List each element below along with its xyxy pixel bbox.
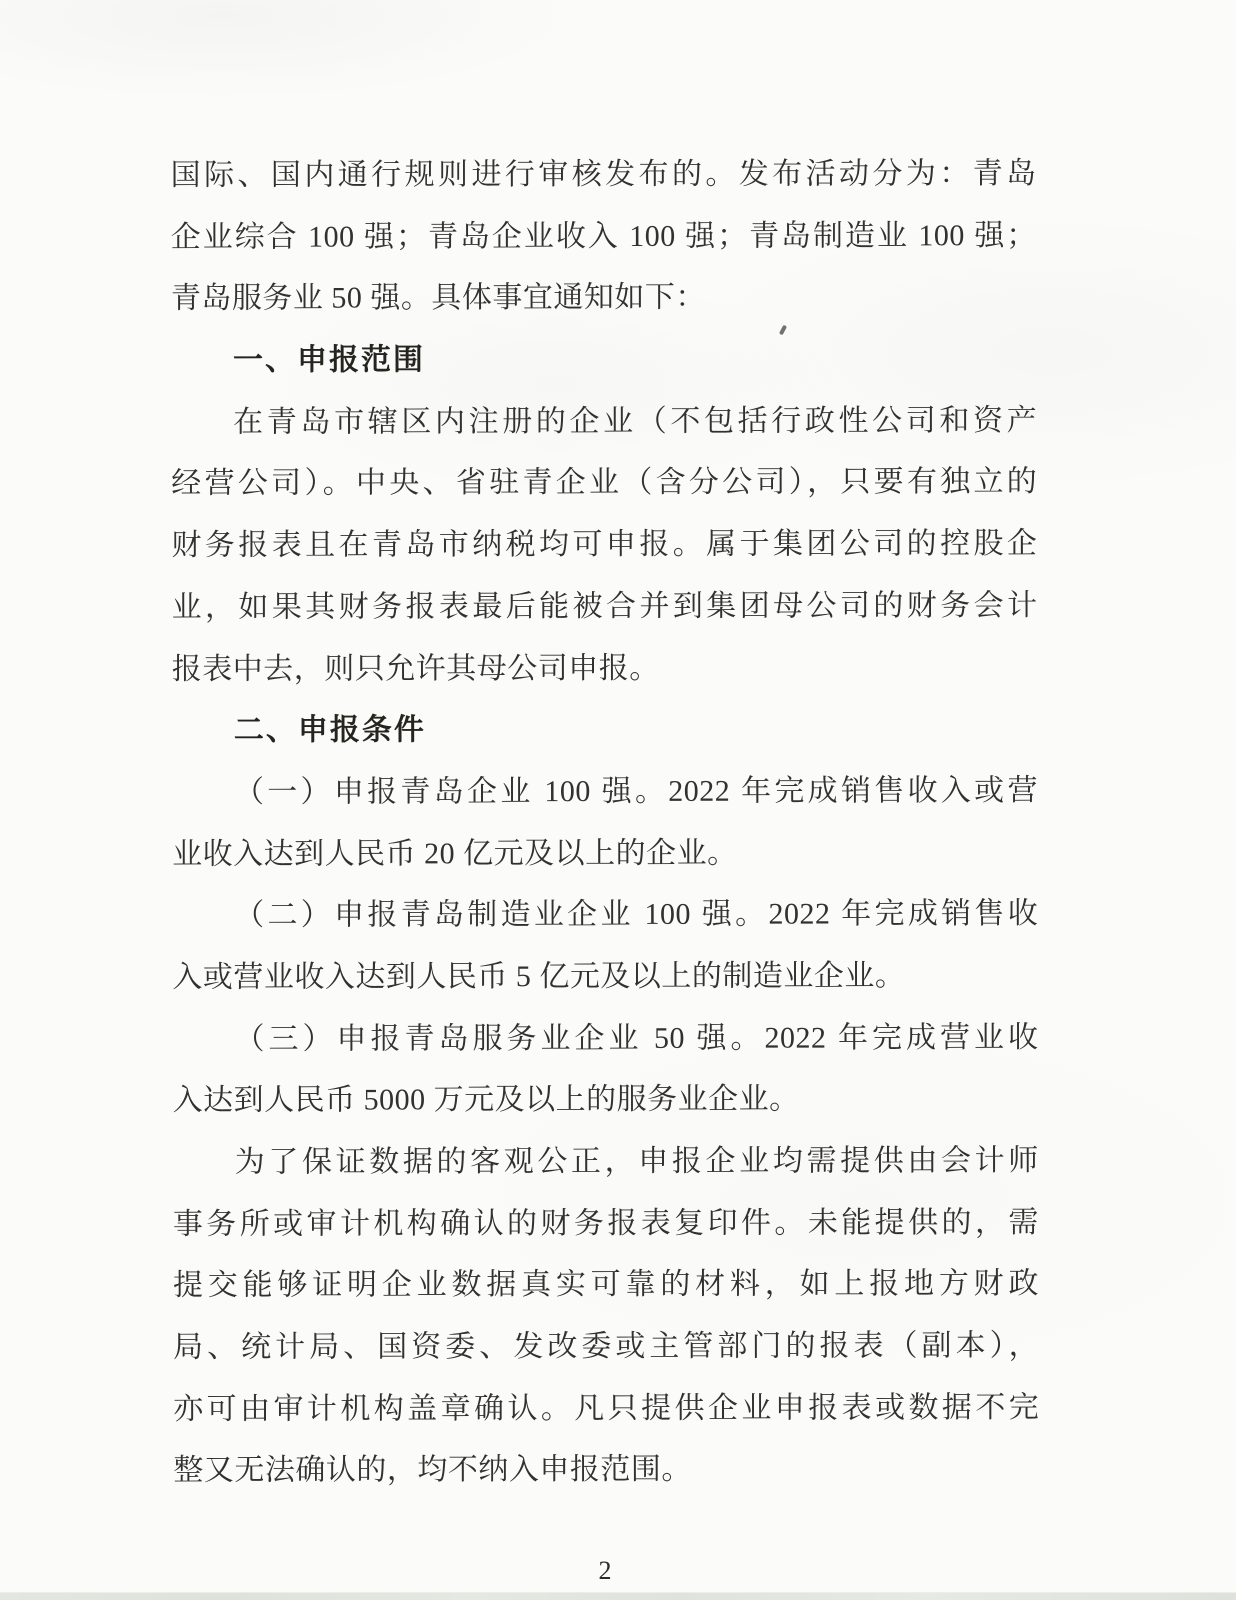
document-line: 事务所或审计机构确认的财务报表复印件。未能提供的，需 [173,1192,1039,1256]
document-line: （一）申报青岛企业 100 强。2022 年完成销售收入或营 [172,760,1038,824]
document-line: 亦可由审计机构盖章确认。凡只提供企业申报表或数据不完 [173,1377,1039,1441]
document-line: 业收入达到人民币 20 亿元及以上的企业。 [172,822,1038,886]
document-body: 国际、国内通行规则进行审核发布的。发布活动分为：青岛企业综合 100 强；青岛企… [171,143,1040,1502]
document-heading-line: 一、申报范围 [171,328,1037,392]
document-heading-line: 二、申报条件 [172,698,1038,762]
document-line: 青岛服务业 50 强。具体事宜通知如下： [171,266,1037,330]
document-line: 为了保证数据的客观公正，申报企业均需提供由会计师 [173,1130,1039,1194]
document-line: 国际、国内通行规则进行审核发布的。发布活动分为：青岛 [171,143,1037,207]
document-line: 业，如果其财务报表最后能被合并到集团母公司的财务会计 [171,575,1037,639]
document-line: 报表中去，则只允许其母公司申报。 [172,637,1038,701]
document-line: 财务报表且在青岛市纳税均可申报。属于集团公司的控股企 [171,513,1037,577]
document-line: 提交能够证明企业数据真实可靠的材料，如上报地方财政 [173,1253,1039,1317]
document-line: 企业综合 100 强；青岛企业收入 100 强；青岛制造业 100 强； [171,205,1037,269]
document-line: （二）申报青岛制造业企业 100 强。2022 年完成销售收 [172,883,1038,947]
document-line: 入达到人民币 5000 万元及以上的服务业企业。 [173,1068,1039,1132]
document-page: 国际、国内通行规则进行审核发布的。发布活动分为：青岛企业综合 100 强；青岛企… [0,0,1236,1600]
scanner-edge-strip [0,1592,1236,1600]
page-number: 2 [172,1556,1038,1586]
document-line: 整又无法确认的，均不纳入申报范围。 [173,1439,1039,1503]
document-line: 经营公司）。中央、省驻青企业（含分公司），只要有独立的 [171,452,1037,516]
document-line: 在青岛市辖区内注册的企业（不包括行政性公司和资产 [171,390,1037,454]
document-line: 局、统计局、国资委、发改委或主管部门的报表（副本）， [173,1315,1039,1379]
document-line: 入或营业收入达到人民币 5 亿元及以上的制造业企业。 [172,945,1038,1009]
document-line: （三）申报青岛服务业企业 50 强。2022 年完成营业收 [172,1007,1038,1071]
